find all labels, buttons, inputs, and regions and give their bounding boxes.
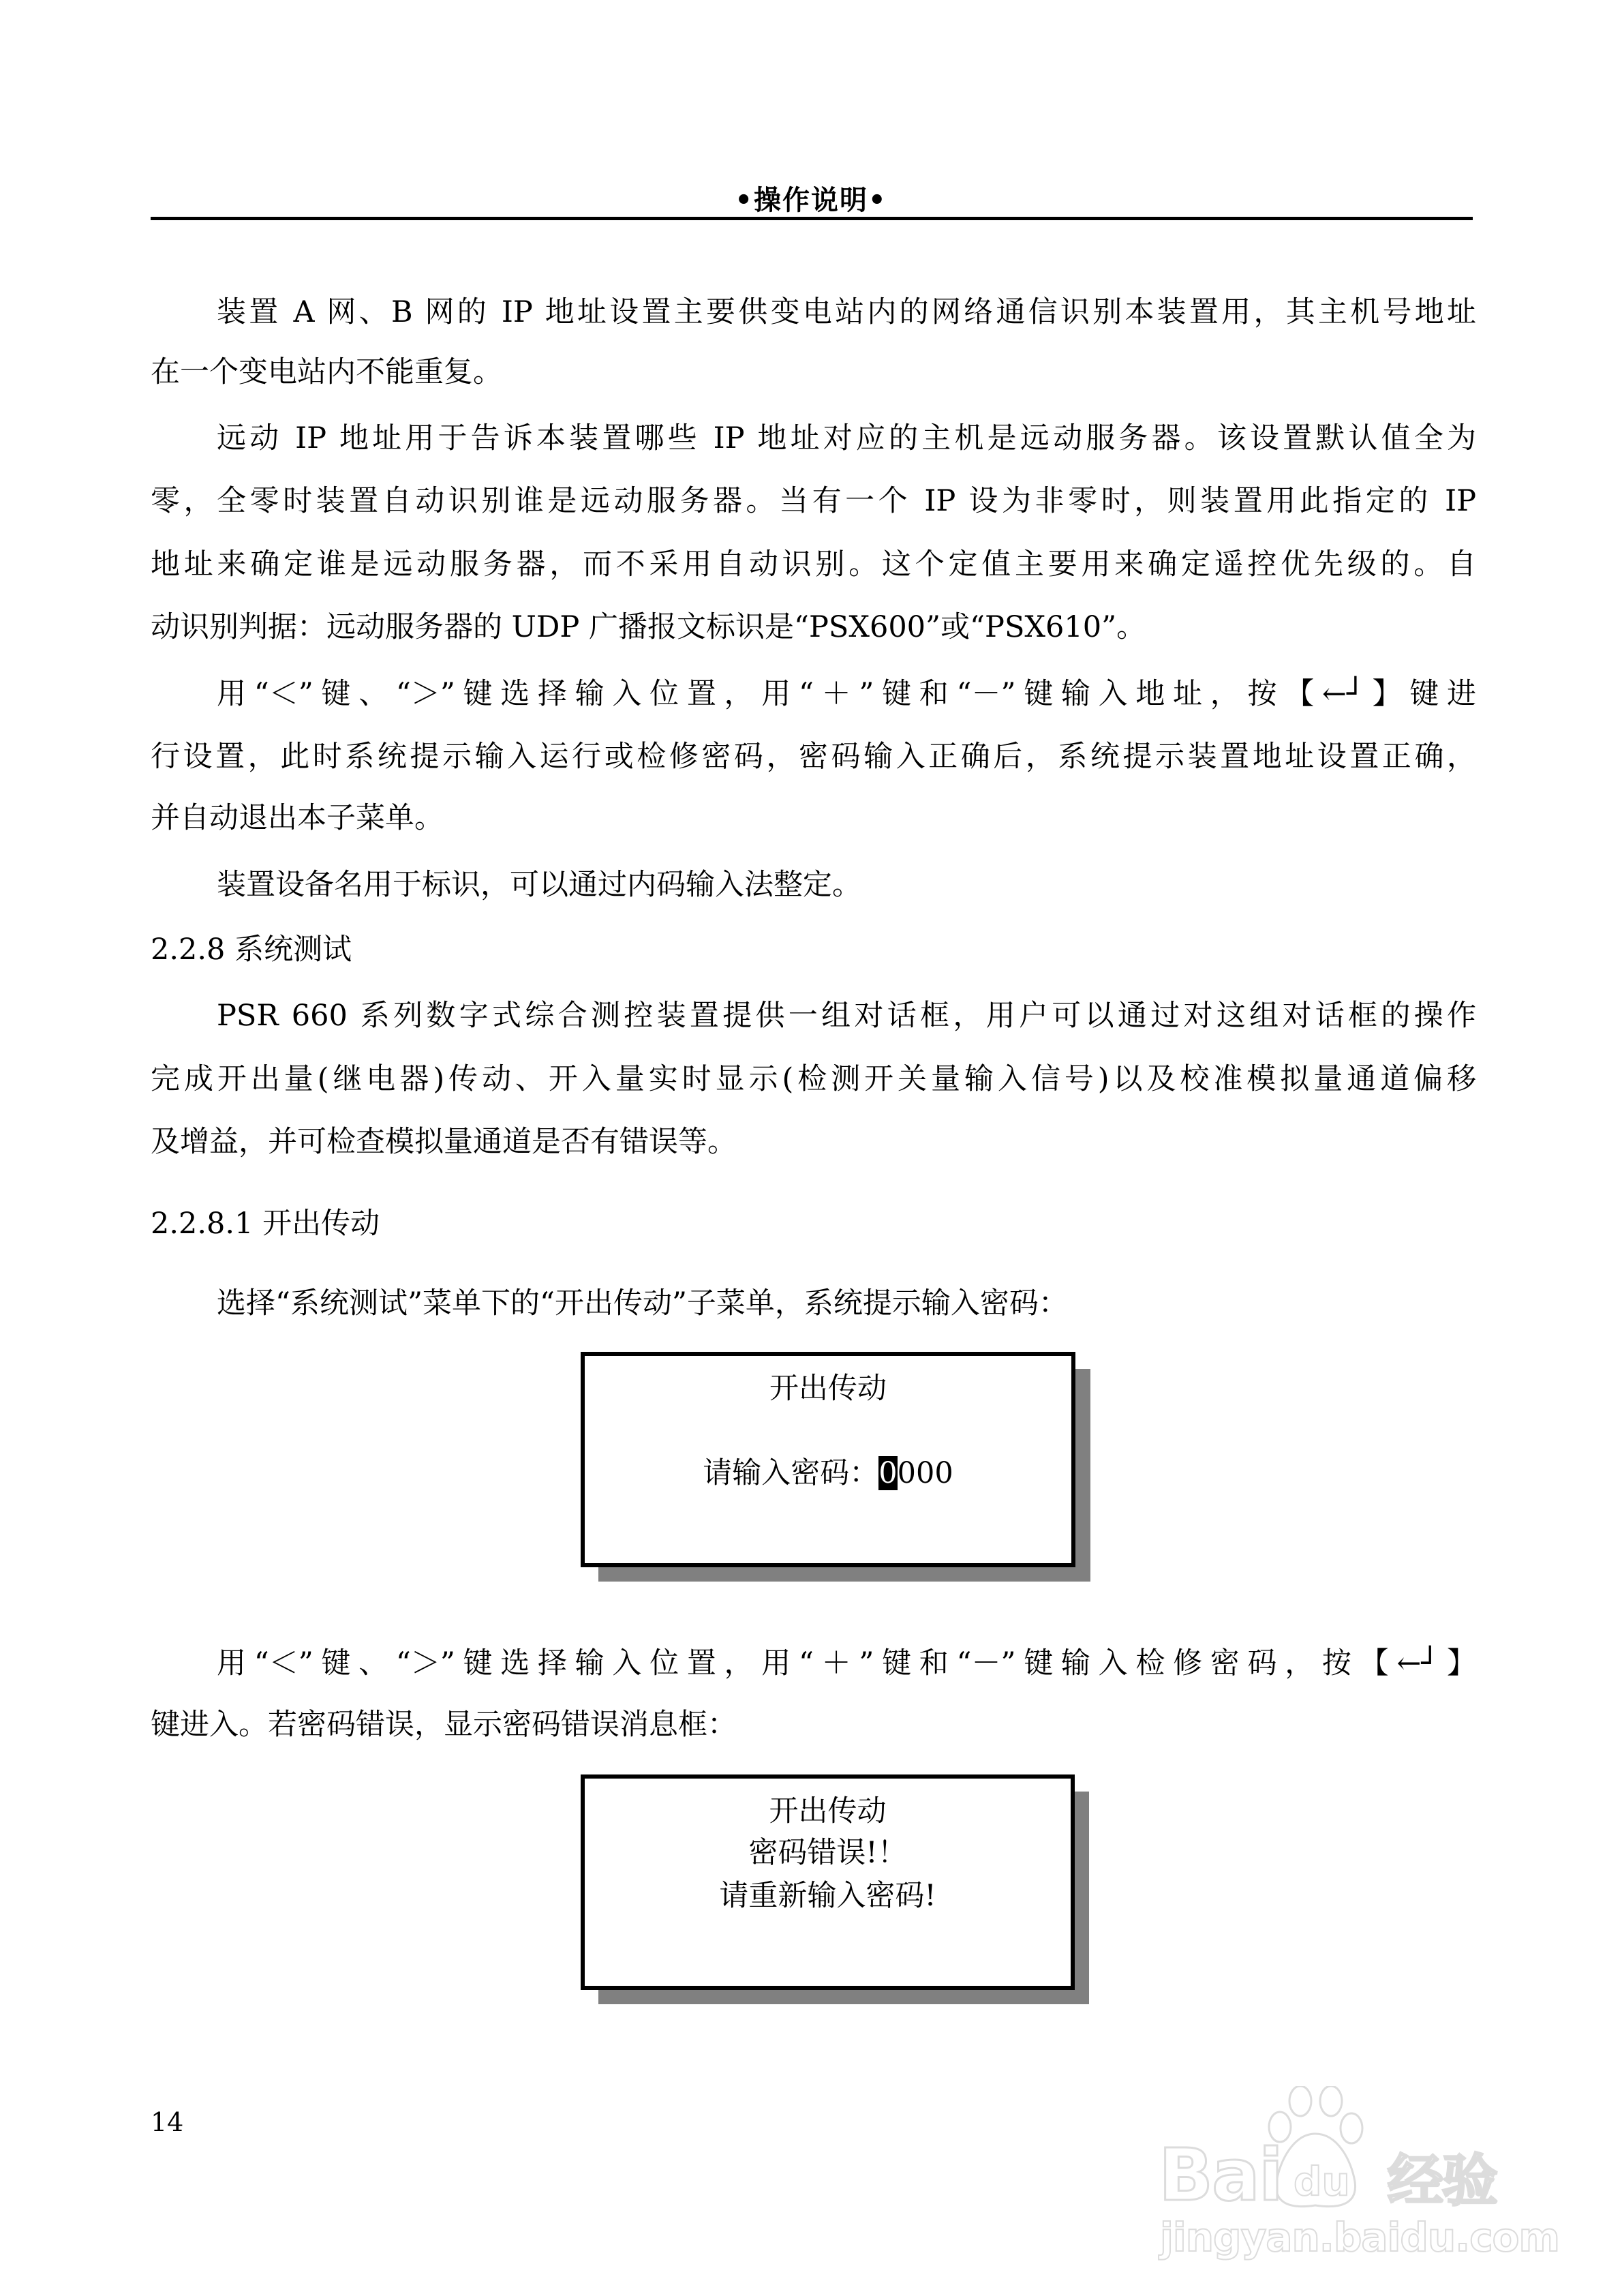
password-cursor-digit[interactable]: 0: [878, 1456, 897, 1490]
section-heading-2-2-8-1: 2.2.8.1 开出传动: [151, 1206, 380, 1241]
paragraph-line: 行设置，此时系统提示输入运行或检修密码，密码输入正确后，系统提示装置地址设置正确…: [151, 739, 1476, 774]
password-error-dialog: 开出传动 密码错误!！ 请重新输入密码!: [581, 1774, 1075, 1990]
paragraph-line: 及增益，并可检查模拟量通道是否有错误等。: [151, 1124, 1476, 1160]
dialog-title: 开出传动: [585, 1371, 1071, 1406]
paragraph-line: 键进入。若密码错误，显示密码错误消息框：: [151, 1707, 1476, 1742]
paragraph-line: 装置 A 网、B 网的 IP 地址设置主要供变电站内的网络通信识别本装置用，其主…: [217, 294, 1476, 330]
page-number: 14: [151, 2106, 183, 2138]
password-dialog: 开出传动 请输入密码：0000: [581, 1352, 1075, 1567]
paragraph-line: 完成开出量(继电器)传动、开入量实时显示(检测开关量输入信号)以及校准模拟量通道…: [151, 1061, 1476, 1097]
header-rule: [151, 217, 1473, 220]
paragraph-line: 零，全零时装置自动识别谁是远动服务器。当有一个 IP 设为非零时，则装置用此指定…: [151, 483, 1476, 519]
running-header: •操作说明•: [0, 179, 1622, 217]
error-message: 密码错误!！: [585, 1835, 1071, 1871]
paragraph-line: 地址来确定谁是远动服务器，而不采用自动识别。这个定值主要用来确定遥控优先级的。自: [151, 547, 1476, 582]
paragraph-line: 装置设备名用于标识，可以通过内码输入法整定。: [217, 867, 1476, 903]
paragraph-line: 用“＜”键、“＞”键选择输入位置，用“＋”键和“－”键输入地址，按【←┘】键进: [217, 676, 1476, 712]
password-prompt-label: 请输入密码：: [703, 1456, 878, 1490]
paragraph-line: 动识别判据：远动服务器的 UDP 广播报文标识是“PSX600”或“PSX610…: [151, 609, 1476, 645]
watermark-brand: Bai经验: [1159, 2134, 1497, 2217]
watermark-url: jingyan.baidu.com: [1160, 2214, 1559, 2261]
retry-message: 请重新输入密码!: [585, 1878, 1071, 1914]
password-digits[interactable]: 000: [898, 1456, 953, 1490]
paragraph-line: 用“＜”键、“＞”键选择输入位置，用“＋”键和“－”键输入检修密码，按【←┘】: [217, 1646, 1476, 1681]
paragraph-line: 选择“系统测试”菜单下的“开出传动”子菜单，系统提示输入密码：: [217, 1286, 1476, 1321]
dialog-title: 开出传动: [585, 1794, 1071, 1829]
section-heading-2-2-8: 2.2.8 系统测试: [151, 932, 352, 967]
paragraph-line: PSR 660 系列数字式综合测控装置提供一组对话框，用户可以通过对这组对话框的…: [217, 998, 1476, 1033]
paragraph-line: 远动 IP 地址用于告诉本装置哪些 IP 地址对应的主机是远动服务器。该设置默认…: [217, 421, 1476, 456]
password-prompt-row: 请输入密码：0000: [585, 1455, 1071, 1491]
baidu-jingyan-watermark: du Bai经验 jingyan.baidu.com: [1152, 2052, 1533, 2270]
paragraph-line: 在一个变电站内不能重复。: [151, 354, 1476, 390]
paragraph-line: 并自动退出本子菜单。: [151, 800, 1476, 836]
